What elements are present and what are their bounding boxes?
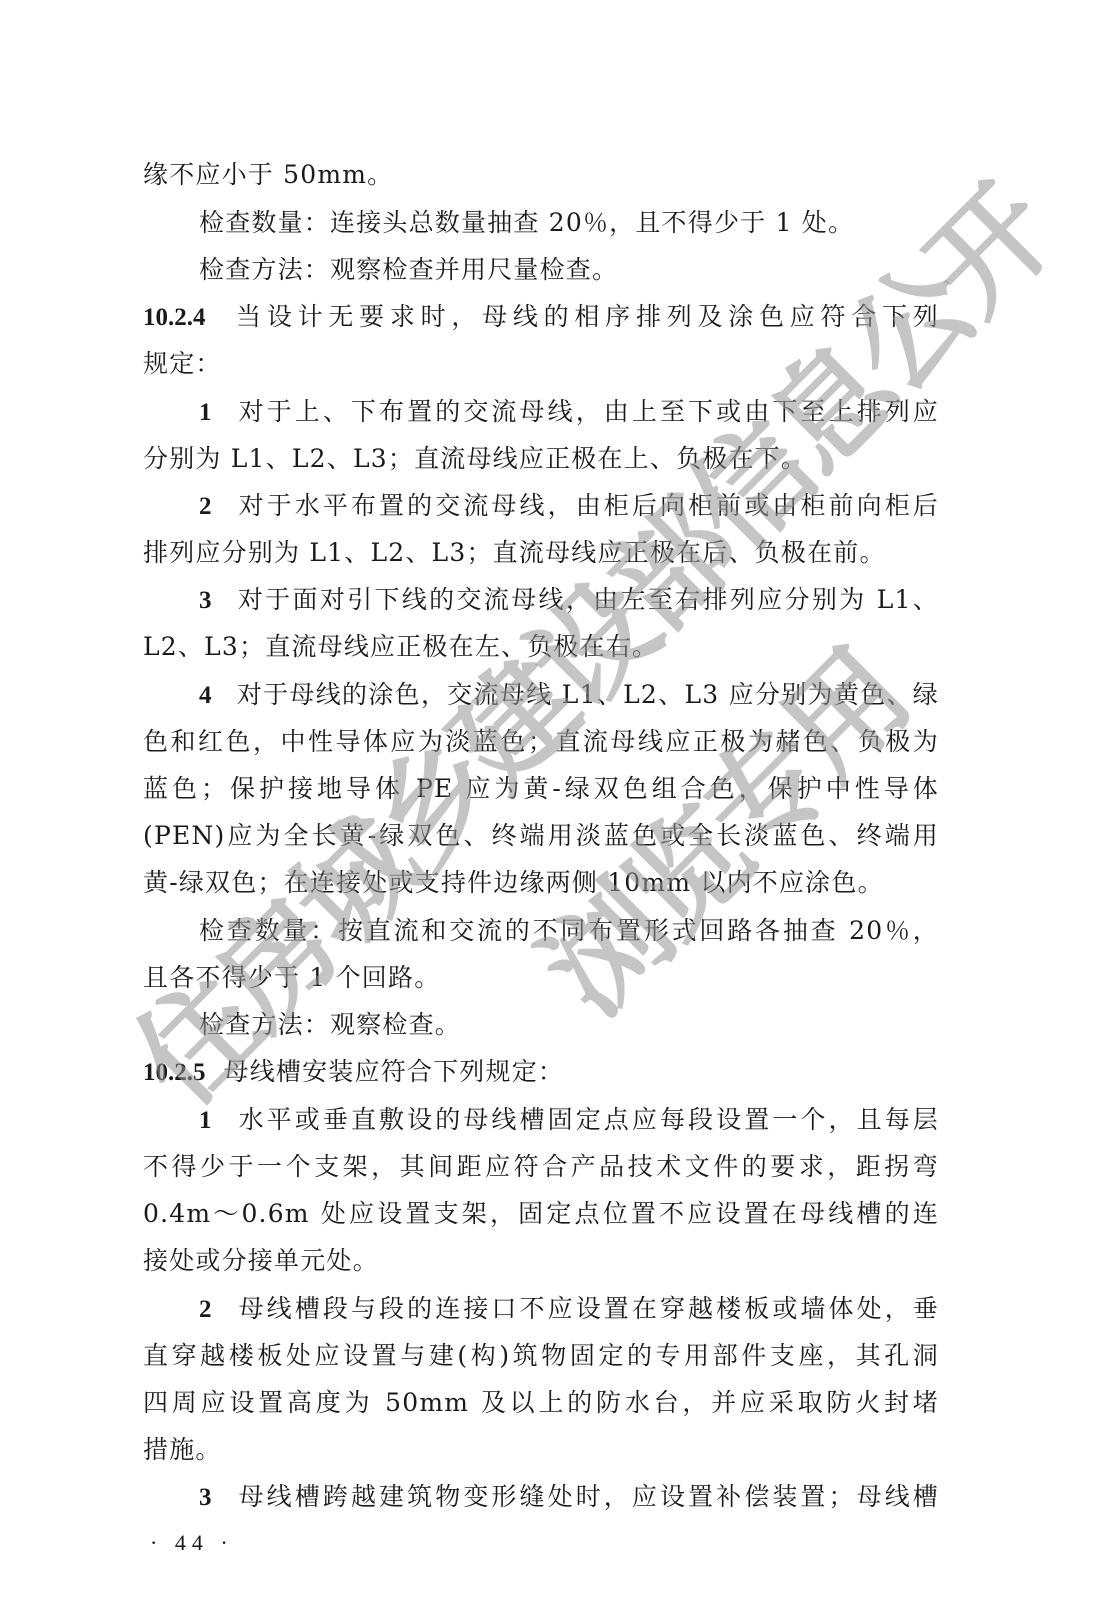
check-quantity-line: 检查数量：连接头总数量抽查 20％，且不得少于 1 处。	[199, 208, 939, 238]
item-text-cont: 直穿越楼板处应设置与建(构)筑物固定的专用部件支座，其孔洞	[143, 1341, 939, 1371]
item-text-cont: 色和红色，中性导体应为淡蓝色；直流母线应正极为赭色、负极为	[143, 727, 939, 757]
item-number: 1	[199, 399, 213, 426]
item-text-cont: 四周应设置高度为 50mm 及以上的防水台，并应采取防火封堵	[143, 1388, 939, 1418]
item-3: 3母线槽跨越建筑物变形缝处时，应设置补偿装置；母线槽	[199, 1482, 939, 1513]
clause-text: 当设计无要求时，母线的相序排列及涂色应符合下列	[232, 302, 940, 331]
item-number: 2	[199, 493, 213, 520]
item-3: 3对于面对引下线的交流母线，由左至右排列应分别为 L1、	[199, 585, 939, 616]
item-text-cont: 不得少于一个支架，其间距应符合产品技术文件的要求，距拐弯	[143, 1152, 939, 1182]
page-number: · 44 ·	[150, 1530, 234, 1556]
item-text: 水平或垂直敷设的母线槽固定点应每段设置一个，且每层	[237, 1105, 939, 1134]
item-number: 3	[199, 587, 213, 614]
check-method-line: 检查方法：观察检查并用尺量检查。	[199, 255, 939, 285]
item-text: 母线槽段与段的连接口不应设置在穿越楼板或墙体处，垂	[237, 1294, 939, 1323]
check-quantity-cont: 且各不得少于 1 个回路。	[143, 963, 939, 993]
item-1: 1水平或垂直敷设的母线槽固定点应每段设置一个，且每层	[199, 1105, 939, 1136]
item-text-cont: L2、L3；直流母线应正极在左、负极在右。	[143, 632, 939, 662]
check-method-line: 检查方法：观察检查。	[199, 1010, 939, 1040]
item-text-cont: 措施。	[143, 1435, 939, 1465]
item-number: 3	[199, 1484, 213, 1511]
clause-text: 母线槽安装应符合下列规定：	[224, 1057, 565, 1086]
clause-text-cont: 规定：	[143, 349, 939, 379]
item-text-cont: 黄-绿双色；在连接处或支持件边缘两侧 10mm 以内不应涂色。	[143, 868, 939, 898]
item-text: 对于水平布置的交流母线，由柜后向柜前或由柜前向柜后	[237, 491, 939, 520]
clause-10-2-4: 10.2.4当设计无要求时，母线的相序排列及涂色应符合下列	[143, 302, 939, 333]
item-text-cont: 蓝色；保护接地导体 PE 应为黄-绿双色组合色，保护中性导体	[143, 774, 939, 804]
item-text-cont: 接处或分接单元处。	[143, 1246, 939, 1276]
item-4: 4对于母线的涂色，交流母线 L1、L2、L3 应分别为黄色、绿	[199, 680, 939, 711]
item-text: 对于上、下布置的交流母线，由上至下或由下至上排列应	[237, 397, 939, 426]
clause-number: 10.2.5	[143, 1059, 206, 1086]
item-text: 对于母线的涂色，交流母线 L1、L2、L3 应分别为黄色、绿	[237, 680, 939, 709]
item-text: 对于面对引下线的交流母线，由左至右排列应分别为 L1、	[237, 585, 939, 614]
item-number: 2	[199, 1296, 213, 1323]
item-text-cont: 分别为 L1、L2、L3；直流母线应正极在上、负极在下。	[143, 444, 939, 474]
clause-10-2-5: 10.2.5母线槽安装应符合下列规定：	[143, 1057, 939, 1088]
item-2: 2对于水平布置的交流母线，由柜后向柜前或由柜前向柜后	[199, 491, 939, 522]
item-text: 母线槽跨越建筑物变形缝处时，应设置补偿装置；母线槽	[237, 1482, 939, 1511]
item-1: 1对于上、下布置的交流母线，由上至下或由下至上排列应	[199, 397, 939, 428]
item-number: 1	[199, 1107, 213, 1134]
text-line: 缘不应小于 50mm。	[143, 160, 939, 190]
item-number: 4	[199, 682, 213, 709]
check-quantity-line: 检查数量：按直流和交流的不同布置形式回路各抽查 20％，	[199, 916, 939, 946]
item-2: 2母线槽段与段的连接口不应设置在穿越楼板或墙体处，垂	[199, 1294, 939, 1325]
document-page: 缘不应小于 50mm。 检查数量：连接头总数量抽查 20％，且不得少于 1 处。…	[0, 0, 1102, 1598]
item-text-cont: 排列应分别为 L1、L2、L3；直流母线应正极在后、负极在前。	[143, 538, 939, 568]
item-text-cont: (PEN)应为全长黄-绿双色、终端用淡蓝色或全长淡蓝色、终端用	[143, 821, 939, 851]
clause-number: 10.2.4	[143, 304, 206, 331]
item-text-cont: 0.4m～0.6m 处应设置支架，固定点位置不应设置在母线槽的连	[143, 1199, 939, 1229]
